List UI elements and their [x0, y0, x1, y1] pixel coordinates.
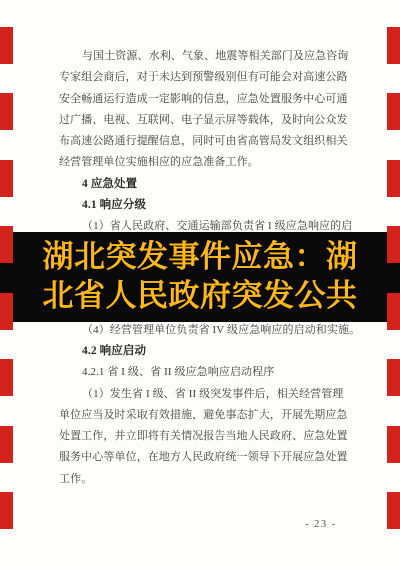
headline-line-2: 北省人民政府突发公共 [43, 277, 358, 316]
red-seal-mark [387, 293, 400, 330]
document-line: 4.2 响应启动 [59, 341, 359, 362]
headline-line-1: 湖北突发事件应急：湖 [43, 238, 358, 277]
red-seal-mark [0, 93, 13, 130]
document-line: 经营管理单位实施相应的应急准备工作。 [59, 152, 359, 173]
page-number: - 23 - [305, 519, 337, 530]
red-seal-mark [387, 27, 400, 64]
document-line: （4）经营管理单位负责省 IV 级应急响应的启动和实施。 [59, 320, 359, 341]
red-seal-mark [0, 492, 13, 529]
document-line: 与国土资源、水利、气象、地震等相关部门及应急咨询 [59, 46, 359, 67]
document-line: 4.2.1 省 I 级、省 II 级应急响应启动程序 [59, 362, 359, 383]
red-seal-mark [0, 359, 13, 396]
document-line: 过广播、电视、互联网、电子显示屏等载体，及时向公众发 [59, 110, 359, 131]
document-line: 工作。 [59, 469, 359, 490]
red-seal-mark [387, 160, 400, 197]
red-seal-mark [387, 359, 400, 396]
document-line: 安全畅通运行造成一定影响的信息，应急处置服务中心可通 [59, 89, 359, 110]
red-seal-mark [387, 492, 400, 529]
document-line: 布高速公路通行提醒信息，同时可由省高管局发文组织相关 [59, 131, 359, 152]
document-line: 单位应当及时采取有效措施，避免事态扩大，开展先期应急 [59, 405, 359, 426]
red-seal-mark [387, 226, 400, 263]
red-seal-mark [0, 426, 13, 463]
document-line: 4.1 响应分级 [59, 195, 359, 216]
document-line: （1）发生省 I 级、省 II 级突发事件后，相关经营管理 [59, 384, 359, 405]
document-line: 专家组会商后，对于未达到预警级别但有可能会对高速公路 [59, 67, 359, 88]
red-seal-mark [0, 160, 13, 197]
red-seal-mark [0, 293, 13, 330]
document-line: 4 应急处置 [59, 174, 359, 195]
scanned-document-page: 与国土资源、水利、气象、地震等相关部门及应急咨询专家组会商后，对于未达到预警级别… [0, 0, 400, 565]
document-line: 服务中心等单位，在地方人民政府统一领导下开展应急处置 [59, 447, 359, 468]
document-line: 处置工作，并立即将有关情况报告当地人民政府、应急处置 [59, 426, 359, 447]
red-seal-mark [387, 93, 400, 130]
red-seal-mark [0, 226, 13, 263]
red-seal-mark [387, 426, 400, 463]
headline-banner: 湖北突发事件应急：湖 北省人民政府突发公共 [0, 232, 400, 322]
red-seal-mark [0, 27, 13, 64]
